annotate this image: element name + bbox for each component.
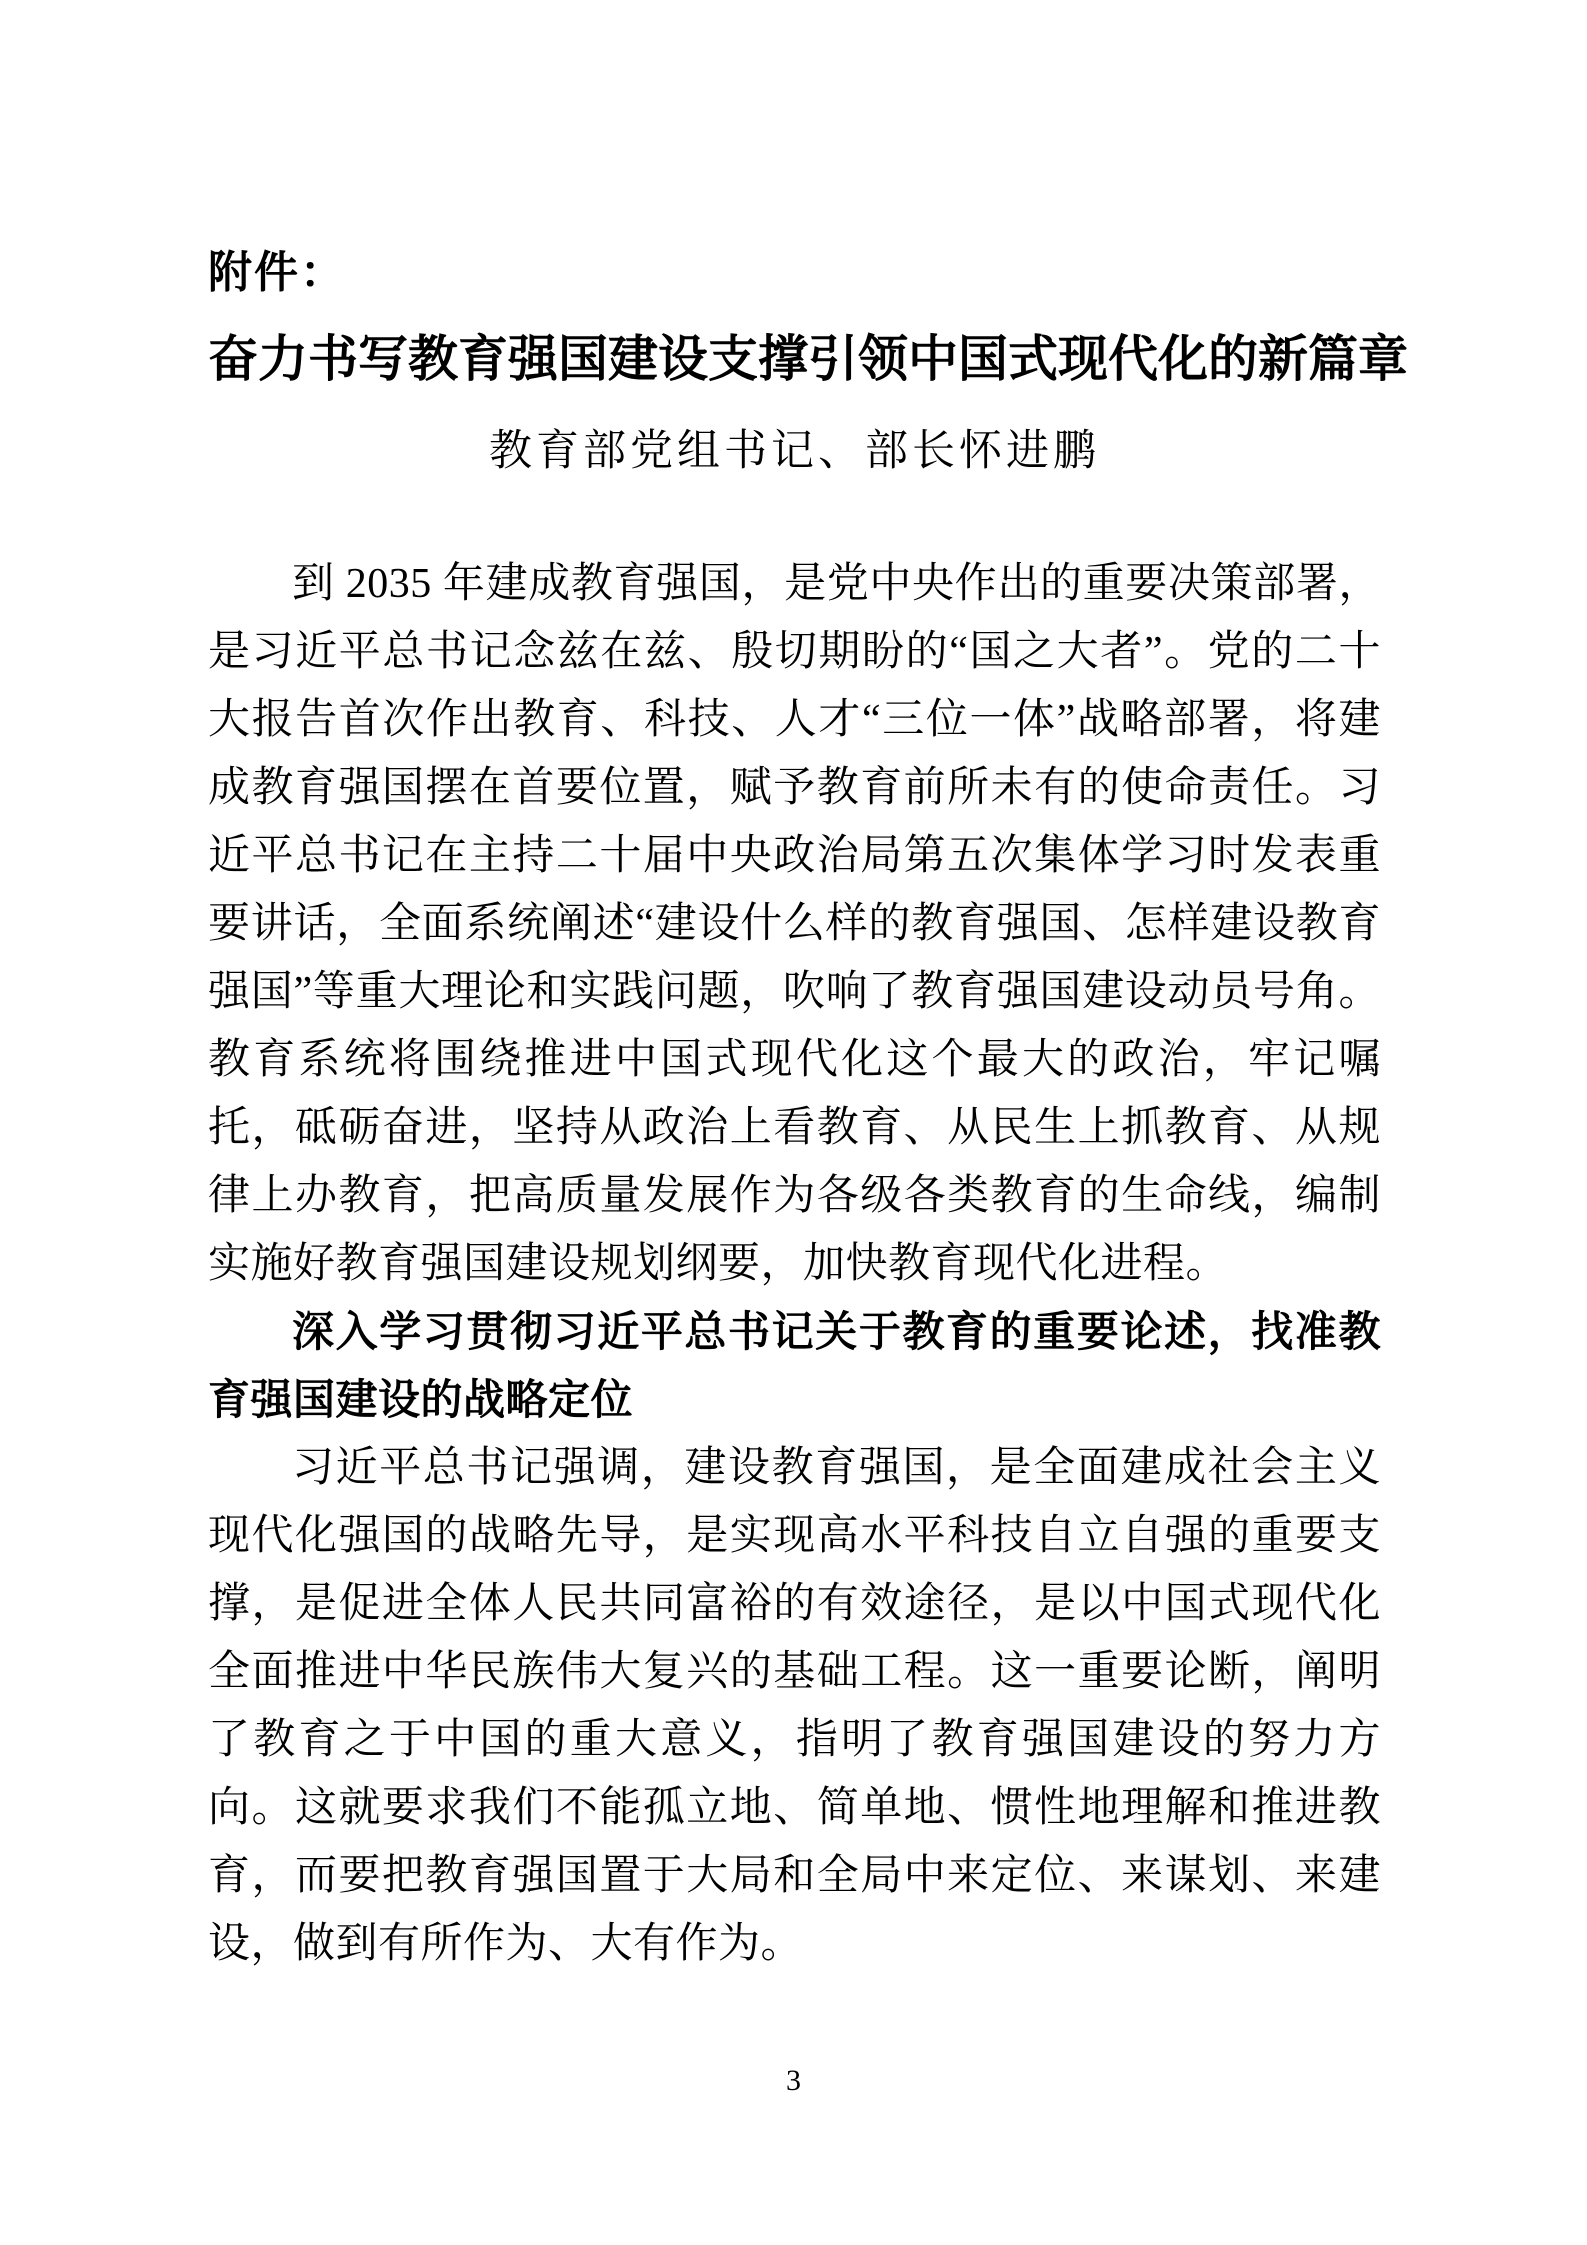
- document-author-line: 教育部党组书记、部长怀进鹏: [208, 424, 1381, 480]
- document-title: 奋力书写教育强国建设支撑引领中国式现代化的新篇章: [208, 326, 1381, 392]
- page-footer: 3: [0, 2062, 1587, 2100]
- body-paragraph-1: 到 2035 年建成教育强国，是党中央作出的重要决策部署，是习近平总书记念兹在兹…: [208, 550, 1381, 1298]
- document-page: 附件： 奋力书写教育强国建设支撑引领中国式现代化的新篇章 教育部党组书记、部长怀…: [0, 0, 1587, 2245]
- section-heading-1: 深入学习贯彻习近平总书记关于教育的重要论述，找准教育强国建设的战略定位: [208, 1298, 1381, 1434]
- document-body: 到 2035 年建成教育强国，是党中央作出的重要决策部署，是习近平总书记念兹在兹…: [208, 550, 1381, 1978]
- body-paragraph-2: 习近平总书记强调，建设教育强国，是全面建成社会主义现代化强国的战略先导，是实现高…: [208, 1434, 1381, 1978]
- page-number: 3: [786, 2064, 801, 2097]
- attachment-label: 附件：: [208, 246, 1381, 300]
- content-column: 附件： 奋力书写教育强国建设支撑引领中国式现代化的新篇章 教育部党组书记、部长怀…: [208, 0, 1381, 1978]
